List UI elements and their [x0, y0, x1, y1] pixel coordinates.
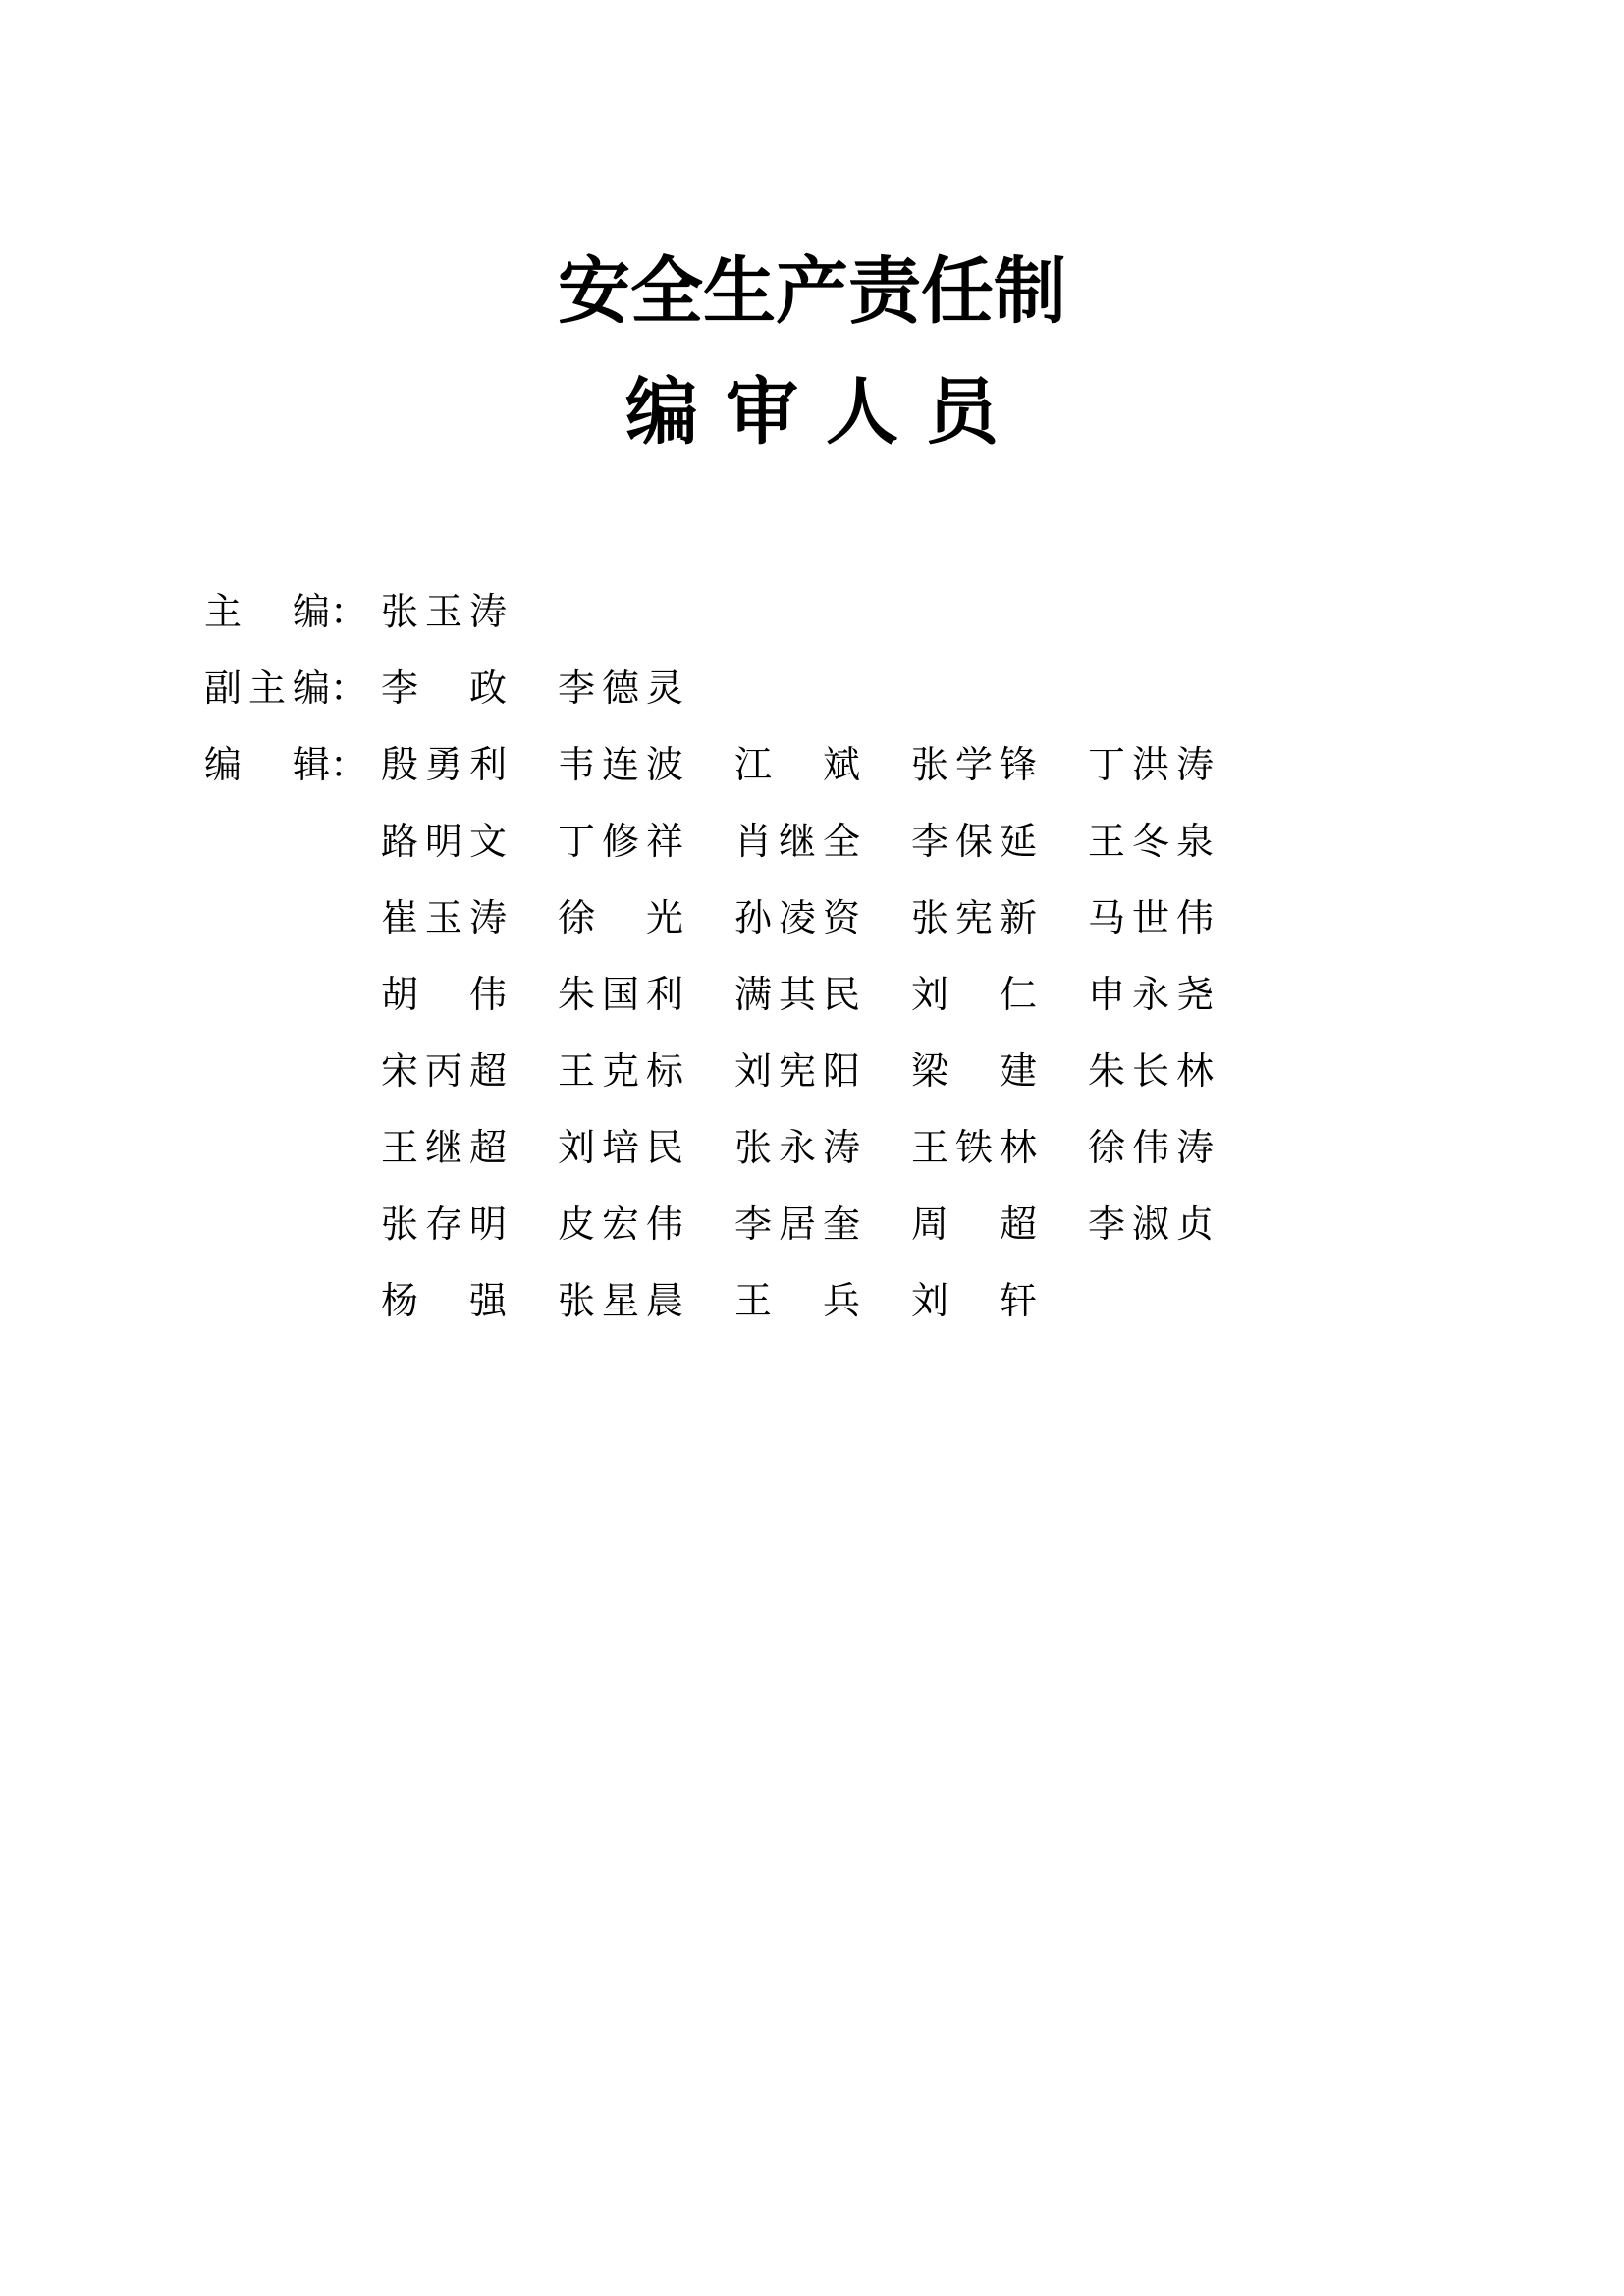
- person-name: 宋丙超: [381, 1033, 509, 1109]
- name-char: 全: [823, 803, 860, 880]
- person-name: 肖继全: [734, 803, 862, 880]
- person-name: 王兵: [734, 1262, 862, 1339]
- name-char: 超: [469, 1109, 507, 1186]
- name-char: 洪: [1132, 726, 1169, 803]
- person-name: 张星晨: [558, 1262, 685, 1339]
- name-char: 资: [823, 880, 860, 956]
- person-name: 韦连波: [558, 726, 685, 803]
- name-char: 淑: [1132, 1186, 1169, 1262]
- name-char: 涛: [1176, 726, 1214, 803]
- name-char: 奎: [823, 1186, 860, 1262]
- person-name: 李德灵: [558, 650, 685, 726]
- person-name: 朱国利: [558, 956, 685, 1033]
- name-char: 斌: [823, 726, 860, 803]
- name-char: 延: [1000, 803, 1037, 880]
- label-char: 编: [293, 573, 330, 650]
- name-char: 李: [558, 650, 595, 726]
- person-name: 马世伟: [1088, 880, 1216, 956]
- person-name: 刘轩: [911, 1262, 1039, 1339]
- person-name: 丁洪涛: [1088, 726, 1216, 803]
- name-char: 超: [469, 1033, 507, 1109]
- name-char: 伟: [646, 1186, 683, 1262]
- person-name: 胡伟: [381, 956, 509, 1033]
- name-char: 培: [602, 1109, 639, 1186]
- name-char: 存: [425, 1186, 462, 1262]
- name-char: 宏: [602, 1186, 639, 1262]
- name-char: 伟: [1176, 880, 1214, 956]
- name-char: 其: [779, 956, 816, 1033]
- name-char: 孙: [734, 880, 772, 956]
- name-char: 居: [779, 1186, 816, 1262]
- name-char: 民: [646, 1109, 683, 1186]
- name-char: 轩: [1000, 1262, 1037, 1339]
- person-name: 丁修祥: [558, 803, 685, 880]
- name-char: 朱: [558, 956, 595, 1033]
- name-char: 杨: [381, 1262, 418, 1339]
- name-char: 连: [602, 726, 639, 803]
- name-char: 伟: [1132, 1109, 1169, 1186]
- name-char: 李: [1088, 1186, 1125, 1262]
- label-char: 编: [293, 650, 330, 726]
- name-char: 标: [646, 1033, 683, 1109]
- person-name: 皮宏伟: [558, 1186, 685, 1262]
- person-name: 张存明: [381, 1186, 509, 1262]
- label-char: ：: [330, 573, 367, 650]
- name-char: 超: [1000, 1186, 1037, 1262]
- name-char: 星: [602, 1262, 639, 1339]
- name-char: 永: [1132, 956, 1169, 1033]
- subtitle-char: 员: [926, 368, 999, 456]
- label-char: 辑: [293, 726, 330, 803]
- name-char: 保: [955, 803, 993, 880]
- name-char: 朱: [1088, 1033, 1125, 1109]
- name-char: 王: [1088, 803, 1125, 880]
- name-char: 林: [1000, 1109, 1037, 1186]
- person-name: 张宪新: [911, 880, 1039, 956]
- name-char: 冬: [1132, 803, 1169, 880]
- name-char: 涛: [823, 1109, 860, 1186]
- chief-editor-label: 主编：: [204, 573, 381, 650]
- name-char: 王: [734, 1262, 772, 1339]
- person-name: 李保延: [911, 803, 1039, 880]
- name-char: 周: [911, 1186, 948, 1262]
- person-name: 李淑贞: [1088, 1186, 1216, 1262]
- label-char: 主: [204, 573, 242, 650]
- person-name: 孙凌资: [734, 880, 862, 956]
- name-char: 宪: [779, 1033, 816, 1109]
- document-title: 安全生产责任制: [0, 247, 1624, 336]
- name-char: 丁: [1088, 726, 1125, 803]
- person-name: 周超: [911, 1186, 1039, 1262]
- editors-label: 编辑：: [204, 726, 381, 803]
- name-char: 利: [646, 956, 683, 1033]
- name-char: 张: [734, 1109, 772, 1186]
- name-char: 永: [779, 1109, 816, 1186]
- subtitle-char: 人: [826, 368, 898, 456]
- name-char: 强: [469, 1262, 507, 1339]
- name-char: 林: [1176, 1033, 1214, 1109]
- name-char: 徐: [558, 880, 595, 956]
- name-char: 仁: [1000, 956, 1037, 1033]
- label-char: ：: [330, 650, 367, 726]
- name-char: 祥: [646, 803, 683, 880]
- name-char: 凌: [779, 880, 816, 956]
- name-char: 利: [469, 726, 507, 803]
- name-char: 长: [1132, 1033, 1169, 1109]
- name-char: 兵: [823, 1262, 860, 1339]
- document-subtitle: 编审人员: [0, 368, 1624, 456]
- name-char: 肖: [734, 803, 772, 880]
- name-char: 张: [558, 1262, 595, 1339]
- person-name: 王克标: [558, 1033, 685, 1109]
- name-char: 晨: [646, 1262, 683, 1339]
- name-char: 继: [779, 803, 816, 880]
- name-char: 波: [646, 726, 683, 803]
- name-char: 铁: [955, 1109, 993, 1186]
- name-char: 刘: [734, 1033, 772, 1109]
- person-name: 王铁林: [911, 1109, 1039, 1186]
- person-name: 江斌: [734, 726, 862, 803]
- name-char: 皮: [558, 1186, 595, 1262]
- person-name: 王继超: [381, 1109, 509, 1186]
- person-name: 徐光: [558, 880, 685, 956]
- person-name: 朱长林: [1088, 1033, 1216, 1109]
- person-name: 崔玉涛: [381, 880, 509, 956]
- name-char: 刘: [558, 1109, 595, 1186]
- subtitle-char: 编: [625, 368, 698, 456]
- name-char: 徐: [1088, 1109, 1125, 1186]
- person-name: 梁建: [911, 1033, 1039, 1109]
- name-char: 满: [734, 956, 772, 1033]
- person-name: 王冬泉: [1088, 803, 1216, 880]
- name-char: 国: [602, 956, 639, 1033]
- name-char: 伟: [469, 956, 507, 1033]
- name-char: 民: [823, 956, 860, 1033]
- name-char: 学: [955, 726, 993, 803]
- name-char: 崔: [381, 880, 418, 956]
- person-name: 申永尧: [1088, 956, 1216, 1033]
- person-name: 刘宪阳: [734, 1033, 862, 1109]
- name-char: 涛: [1176, 1109, 1214, 1186]
- name-char: 江: [734, 726, 772, 803]
- name-char: 灵: [646, 650, 683, 726]
- name-char: 修: [602, 803, 639, 880]
- name-char: 锋: [1000, 726, 1037, 803]
- name-char: 勇: [425, 726, 462, 803]
- person-name: 张永涛: [734, 1109, 862, 1186]
- name-char: 胡: [381, 956, 418, 1033]
- name-char: 刘: [911, 956, 948, 1033]
- deputy-chief-editor-label: 副主编：: [204, 650, 381, 726]
- name-char: 殷: [381, 726, 418, 803]
- person-name: 杨强: [381, 1262, 509, 1339]
- label-char: ：: [330, 726, 367, 803]
- name-char: 继: [425, 1109, 462, 1186]
- person-name: 张学锋: [911, 726, 1039, 803]
- name-char: 张: [911, 880, 948, 956]
- person-name: 李居奎: [734, 1186, 862, 1262]
- name-char: 张: [381, 573, 418, 650]
- name-char: 玉: [425, 573, 462, 650]
- name-char: 刘: [911, 1262, 948, 1339]
- label-char: 主: [248, 650, 286, 726]
- name-char: 尧: [1176, 956, 1214, 1033]
- name-char: 张: [911, 726, 948, 803]
- name-char: 涛: [469, 573, 507, 650]
- name-char: 世: [1132, 880, 1169, 956]
- name-char: 泉: [1176, 803, 1214, 880]
- name-char: 申: [1088, 956, 1125, 1033]
- name-char: 马: [1088, 880, 1125, 956]
- name-char: 德: [602, 650, 639, 726]
- label-char: 副: [204, 650, 242, 726]
- name-char: 文: [469, 803, 507, 880]
- name-char: 涛: [469, 880, 507, 956]
- person-name: 路明文: [381, 803, 509, 880]
- name-char: 贞: [1176, 1186, 1214, 1262]
- name-char: 张: [381, 1186, 418, 1262]
- name-char: 路: [381, 803, 418, 880]
- name-char: 阳: [823, 1033, 860, 1109]
- name-char: 李: [381, 650, 418, 726]
- person-name: 满其民: [734, 956, 862, 1033]
- name-char: 明: [469, 1186, 507, 1262]
- person-name: 刘仁: [911, 956, 1039, 1033]
- name-char: 李: [734, 1186, 772, 1262]
- person-name: 徐伟涛: [1088, 1109, 1216, 1186]
- person-name: 李政: [381, 650, 509, 726]
- person-name: 殷勇利: [381, 726, 509, 803]
- name-char: 王: [911, 1109, 948, 1186]
- name-char: 王: [558, 1033, 595, 1109]
- name-char: 韦: [558, 726, 595, 803]
- label-char: 编: [204, 726, 242, 803]
- name-char: 光: [646, 880, 683, 956]
- name-char: 克: [602, 1033, 639, 1109]
- person-name: 刘培民: [558, 1109, 685, 1186]
- person-name: 张玉涛: [381, 573, 509, 650]
- name-char: 丙: [425, 1033, 462, 1109]
- name-char: 建: [1000, 1033, 1037, 1109]
- subtitle-char: 审: [726, 368, 798, 456]
- name-char: 李: [911, 803, 948, 880]
- name-char: 明: [425, 803, 462, 880]
- name-char: 宋: [381, 1033, 418, 1109]
- name-char: 政: [469, 650, 507, 726]
- name-char: 王: [381, 1109, 418, 1186]
- name-char: 丁: [558, 803, 595, 880]
- name-char: 梁: [911, 1033, 948, 1109]
- name-char: 宪: [955, 880, 993, 956]
- name-char: 新: [1000, 880, 1037, 956]
- name-char: 玉: [425, 880, 462, 956]
